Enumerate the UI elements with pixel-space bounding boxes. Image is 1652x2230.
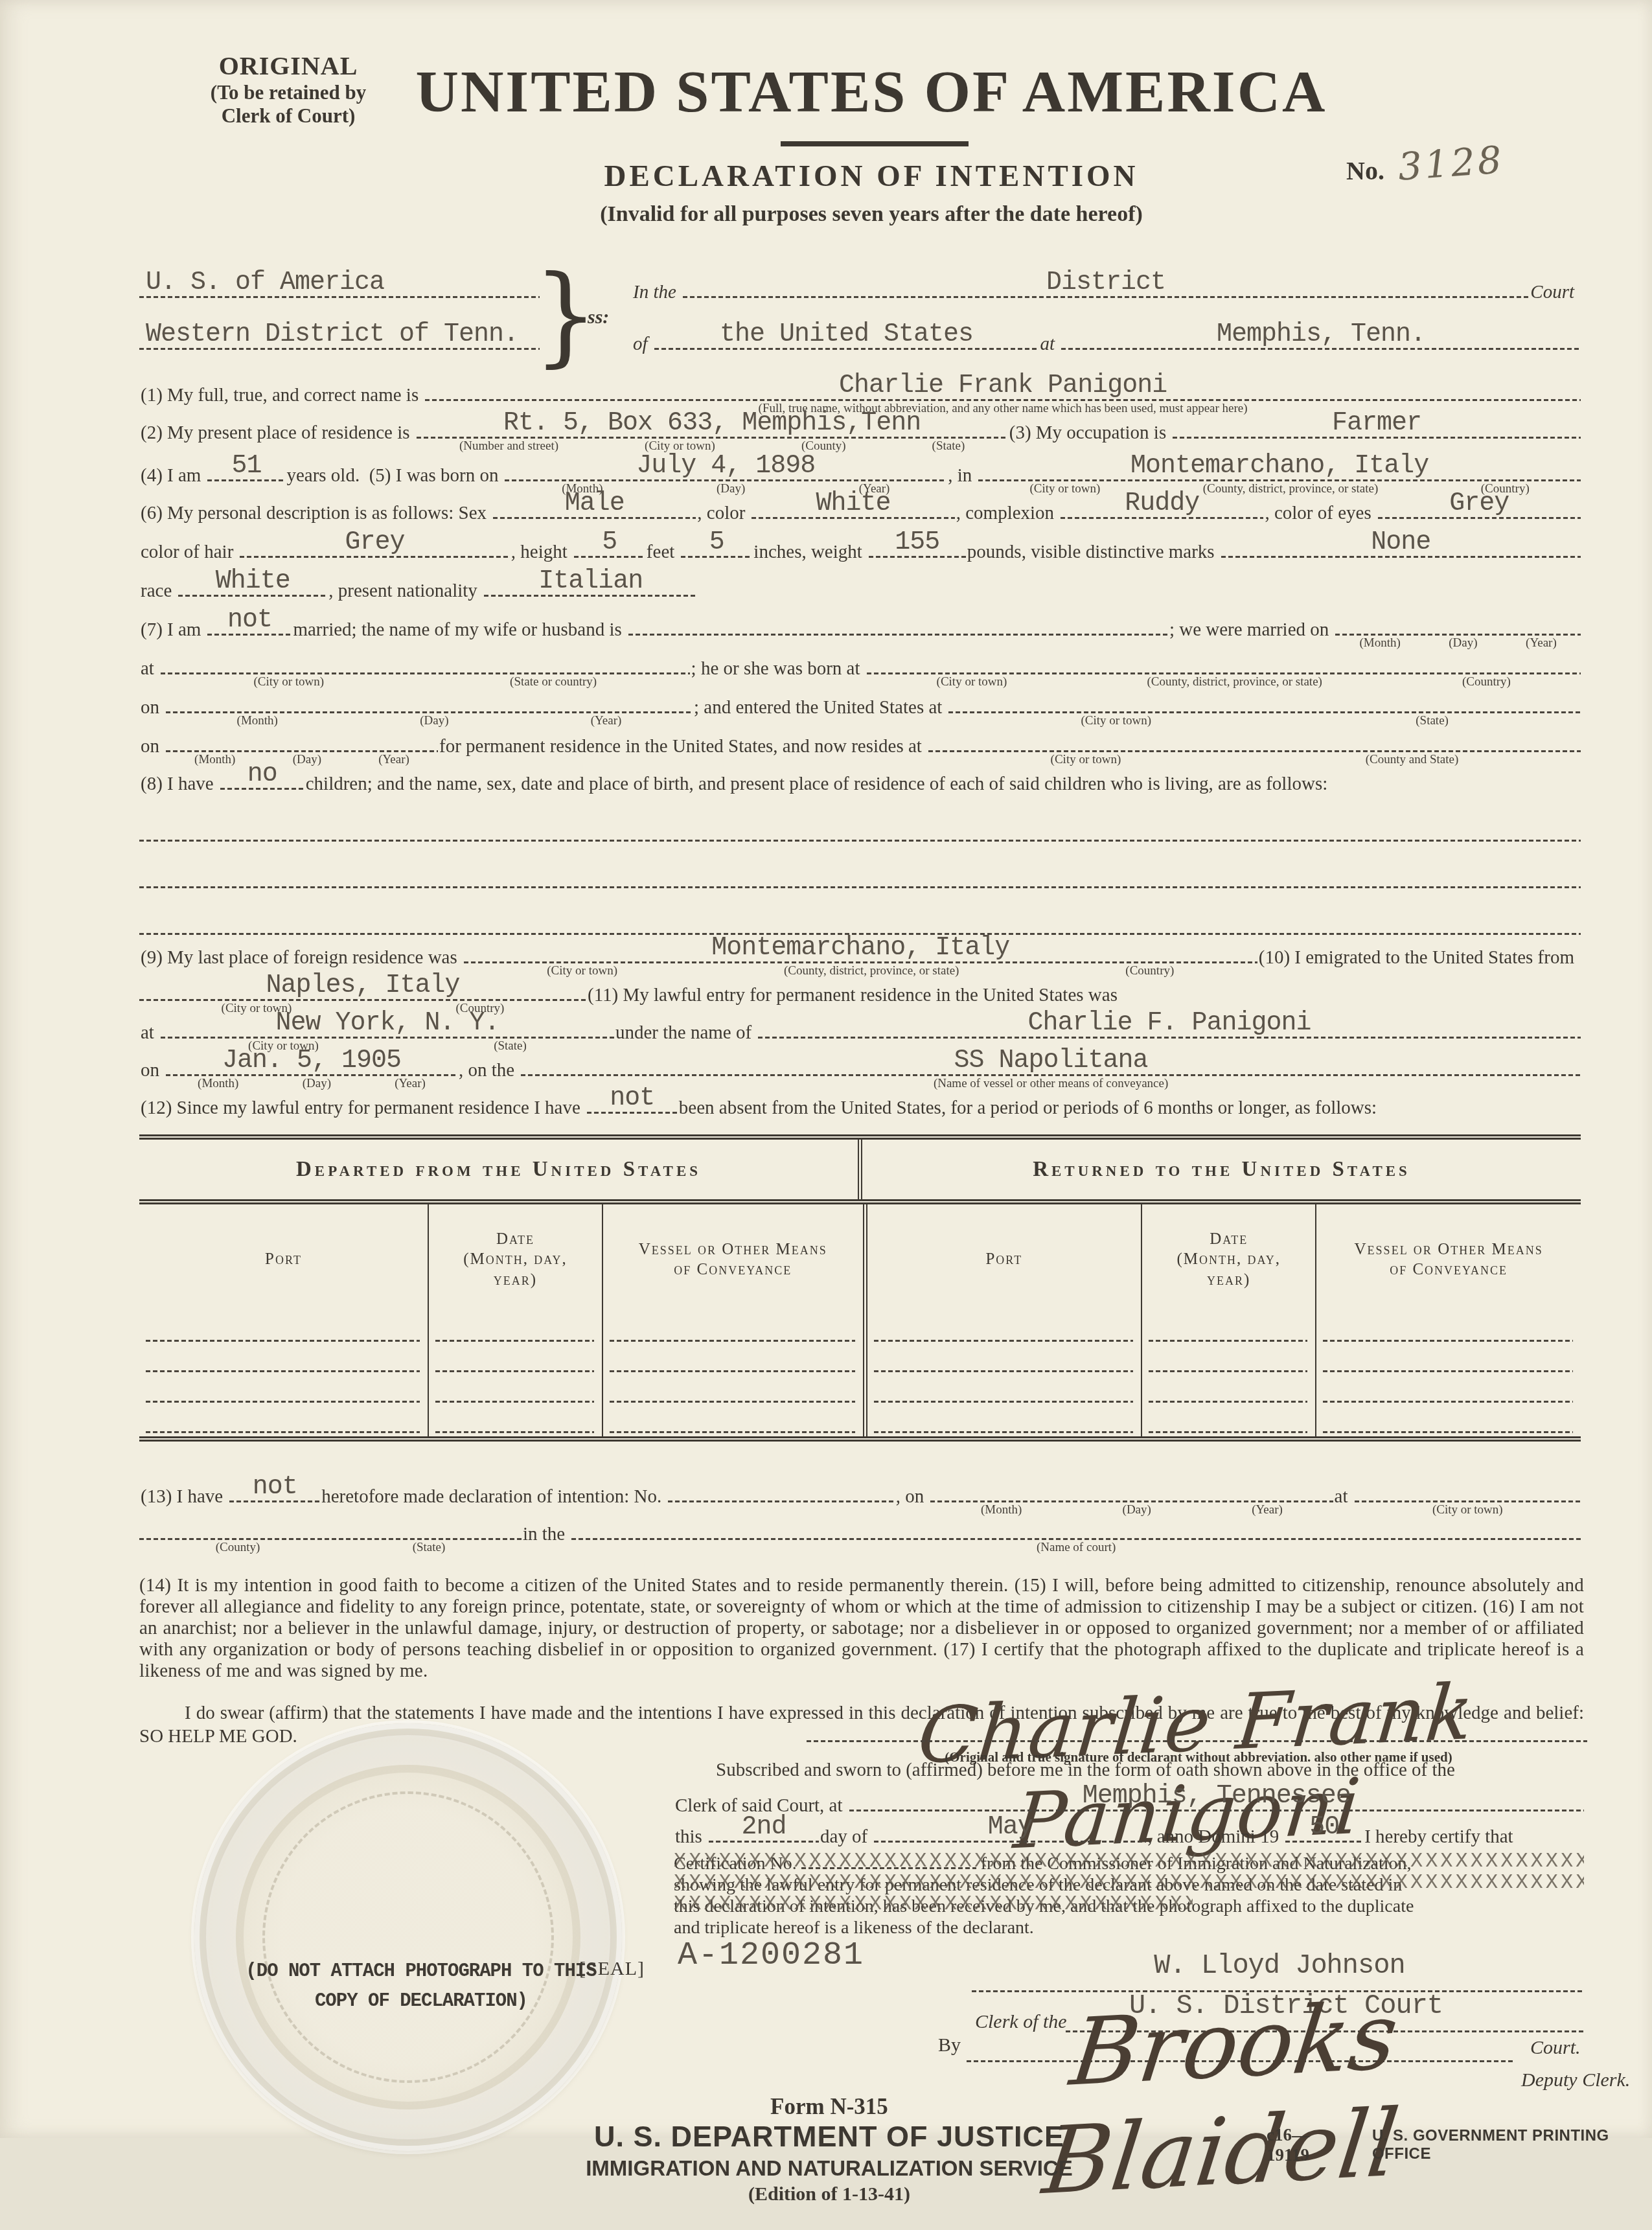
year-note: (Year): [1523, 637, 1559, 650]
typed-foreign-residence: Montemarchano, Italy: [464, 936, 1257, 961]
court-place-blank: Memphis, Tenn.: [1061, 328, 1581, 350]
certification-line4-text: and triplicate hereof is a likeness of t…: [674, 1918, 1034, 1938]
form-line-item11b: on Jan. 5, 1905 (Month) (Day) (Year) , o…: [139, 1054, 1581, 1081]
married-date-blank: (Month) (Day) (Year): [1335, 614, 1581, 636]
perm-residence-label: for permanent residence in the United St…: [438, 736, 928, 757]
col-port-returned: Port: [863, 1204, 1141, 1315]
item3-label: (3) My occupation is: [1008, 422, 1173, 444]
form-line-item8: (8) I have no children; and the name, se…: [139, 768, 1581, 795]
typed-inches: 5: [681, 530, 752, 556]
year-blank: 50: [1285, 1821, 1363, 1843]
state-country-note: (State or country): [507, 676, 599, 689]
certification-line4: and triplicate hereof is a likeness of t…: [674, 1917, 1584, 1938]
table-row: [139, 1315, 1581, 1345]
spouse-entry-blank: (City or town) (State): [948, 691, 1581, 713]
race-blank: White: [178, 575, 327, 597]
sworn-place-blank: Memphis, Tennessee: [849, 1789, 1584, 1811]
sex-blank: Male: [493, 497, 696, 519]
certification-line3: this declaration of intention, has been …: [674, 1896, 1584, 1917]
intention-paragraph: (14) It is my intention in good faith to…: [139, 1575, 1584, 1682]
deputy-clerk-label: Deputy Clerk.: [1521, 2069, 1630, 2091]
children-blank-line-2: [139, 866, 1581, 888]
hair-blank: Grey: [240, 536, 510, 558]
court-caption: U. S. of America Western District of Ten…: [139, 269, 1581, 360]
country-note: (Country): [1460, 676, 1513, 689]
form-line-item6a: (6) My personal description is as follow…: [139, 497, 1581, 524]
entry-place-blank: New York, N. Y. (City or town) (State): [161, 1017, 614, 1039]
table-column-headers: Port Date (Month, day, year) Vessel or O…: [139, 1204, 1581, 1315]
at-label: at: [139, 658, 161, 680]
title-rule: [781, 141, 969, 146]
at-label: at: [1039, 334, 1062, 355]
typed-nationality: Italian: [484, 569, 698, 595]
typed-complexion: Ruddy: [1061, 491, 1263, 517]
table-row: [139, 1375, 1581, 1406]
prior-declaration-blank: not: [229, 1480, 320, 1502]
item5-place-blank: Montemarchano, Italy (City or town) (Cou…: [978, 459, 1581, 481]
table-row: [139, 1406, 1581, 1436]
state-note: (State): [410, 1541, 448, 1554]
item12-post-label: been absent from the United States, for …: [678, 1098, 1383, 1119]
day-note: (Day): [714, 483, 748, 496]
typed-district: Western District of Tenn.: [139, 322, 540, 348]
day-note: (Day): [1446, 637, 1480, 650]
form-line-item6c: race White , present nationality Italian: [139, 575, 1581, 602]
spouse-birth-sublabels: (City or town) (County, district, provin…: [867, 676, 1581, 689]
prior-court-sublabel: (Name of court): [571, 1541, 1581, 1554]
absent-blank: not: [587, 1092, 678, 1114]
court-name-row: In the District Court: [632, 276, 1581, 303]
year-note: (Year): [588, 715, 625, 728]
typed-entry-place: New York, N. Y.: [161, 1011, 614, 1037]
weight-label: pounds, visible distinctive marks: [966, 542, 1221, 563]
height-label: , height: [510, 542, 574, 563]
form-line-item13a: (13) I have not heretofore made declarat…: [139, 1480, 1581, 1508]
typed-age: 51: [207, 454, 285, 479]
col-date-returned: Date (Month, day, year): [1141, 1204, 1315, 1315]
typed-prior-declaration: not: [229, 1475, 320, 1500]
prior-city-sublabel: (City or town): [1355, 1504, 1581, 1517]
feet-label: feet: [645, 542, 681, 563]
typed-eyes: Grey: [1378, 491, 1581, 517]
print-code: c16—19119: [1267, 2125, 1346, 2138]
spouse-entry-sublabels: (City or town) (State): [948, 715, 1581, 728]
blank-rule: [139, 866, 1581, 888]
feet-blank: 5: [574, 536, 645, 558]
married-on-label: ; we were married on: [1168, 619, 1335, 641]
typed-full-name: Charlie Frank Panigoni: [425, 373, 1581, 399]
form-line-item9: (9) My last place of foreign residence w…: [139, 941, 1581, 969]
inches-blank: 5: [681, 536, 752, 558]
strikeout-x-row: XXXXXXXXXXXXXXXXXXXXXXXXXXXXXXXXXXXXXXXX…: [674, 1850, 1584, 1872]
item2-sublabels: (Number and street) (City or town) (Coun…: [417, 440, 1008, 453]
form-number: Form N-315: [615, 2094, 1043, 2120]
departed-header: Departed from the United States: [139, 1140, 858, 1199]
vessel-note: (Name of vessel or other means of convey…: [931, 1077, 1171, 1090]
typed-emigrated-from: Naples, Italy: [139, 973, 586, 999]
date-header-3: year): [1207, 1270, 1250, 1290]
vessel-header-2: of Conveyance: [1390, 1259, 1508, 1280]
district-line: Western District of Tenn.: [139, 328, 540, 350]
col-port-departed: Port: [139, 1204, 428, 1315]
year-note: (Year): [1249, 1504, 1285, 1517]
form-line-item13b: (County) (State) in the (Name of court): [139, 1518, 1581, 1545]
photo-note-line1: (DO NOT ATTACH PHOTOGRAPH TO THIS: [214, 1957, 628, 1986]
typed-entry-date: Jan. 5, 1905: [166, 1048, 457, 1074]
printing-office-line: c16—19119 U. S. GOVERNMENT PRINTING OFFI…: [1267, 2125, 1652, 2138]
month-note: (Month): [1357, 637, 1403, 650]
declaration-of-intention-document: ORIGINAL (To be retained by Clerk of Cou…: [0, 0, 1652, 2138]
typed-race: White: [178, 569, 327, 595]
item5-label: (5) I was born on: [369, 465, 499, 486]
day-of-label: day of: [819, 1826, 874, 1848]
city-note: (City or town): [1430, 1504, 1506, 1517]
typed-feet: 5: [574, 530, 645, 556]
in-the-label: In the: [632, 282, 683, 303]
entry-date-blank: Jan. 5, 1905 (Month) (Day) (Year): [166, 1054, 457, 1076]
day-note: (Day): [300, 1077, 334, 1090]
vessel-header: Vessel or Other Means: [639, 1239, 827, 1259]
form-line-item2: (2) My present place of residence is Rt.…: [139, 417, 1581, 444]
blank-rule: [139, 913, 1581, 935]
item4-blank: 51: [207, 459, 285, 481]
attestation-line3: this 2nd day of May , anno Domini 19 50 …: [674, 1821, 1584, 1848]
item3-blank: Farmer: [1173, 417, 1581, 439]
under-name-label: under the name of: [614, 1022, 758, 1044]
seal-label: [SEAL]: [579, 1958, 645, 1980]
typed-vessel: SS Napolitana: [521, 1048, 1581, 1074]
entry-name-blank: Charlie F. Panigoni: [758, 1017, 1581, 1039]
embossed-court-seal: [194, 1723, 622, 2138]
form-line-item4-5: (4) I am 51 years old. (5) I was born on…: [139, 459, 1581, 487]
vessel-blank: SS Napolitana (Name of vessel or other m…: [521, 1054, 1581, 1076]
document-header: ORIGINAL (To be retained by Clerk of Cou…: [0, 0, 1652, 269]
item2-blank: Rt. 5, Box 633, Memphis,Tenn (Number and…: [417, 417, 1008, 439]
line-filler: [698, 575, 1581, 597]
item8-post-label: children; and the name, sex, date and pl…: [304, 774, 1335, 795]
married-place-sublabels: (City or town) (State or country): [161, 676, 690, 689]
blank-rule: [139, 820, 1581, 842]
this-label: this: [674, 1826, 709, 1848]
form-line-item7a: (7) I am not married; the name of my wif…: [139, 614, 1581, 641]
declaration-number: 3128: [1397, 137, 1506, 189]
form-line-item11a: at New York, N. Y. (City or town) (State…: [139, 1017, 1581, 1044]
item4-post-label: years old. (5) I was born on: [285, 465, 505, 487]
typed-year: 50: [1285, 1815, 1363, 1841]
city-note: (City or town): [934, 676, 1010, 689]
married-date-sublabels: (Month) (Day) (Year): [1335, 637, 1581, 650]
month-note: (Month): [978, 1504, 1024, 1517]
court-name-blank: District: [683, 276, 1529, 298]
item13-label: (13) I have: [139, 1486, 229, 1508]
form-line-item12: (12) Since my lawful entry for permanent…: [139, 1092, 1581, 1119]
typed-absent: not: [587, 1086, 678, 1112]
eyes-label: , color of eyes: [1263, 503, 1377, 524]
port-header: Port: [985, 1249, 1022, 1269]
item8-label: (8) I have: [139, 774, 220, 795]
certify-label: I hereby certify that: [1363, 1826, 1519, 1848]
on-label: on: [139, 1060, 166, 1081]
typed-month: May: [874, 1815, 1146, 1841]
vessel-header-2: of Conveyance: [674, 1259, 792, 1280]
complexion-blank: Ruddy: [1061, 497, 1263, 519]
spouse-birthdate-blank: (Month) (Day) (Year): [166, 691, 693, 713]
strikeout-x-row: XXXXXXXXXXXXXXXXXXXXXXXXXXXXXXXXXXXXXXXX…: [674, 1893, 1193, 1914]
prior-court-blank: (Name of court): [571, 1518, 1581, 1540]
item1-blank: Charlie Frank Panigoni (Full, true name,…: [425, 379, 1581, 401]
item7-label: (7) I am: [139, 619, 207, 641]
country-title: UNITED STATES OF AMERICA: [45, 57, 1652, 126]
spouse-birth-blank: (City or town) (County, district, provin…: [867, 652, 1581, 674]
eyes-blank: Grey: [1378, 497, 1581, 519]
photo-note: (DO NOT ATTACH PHOTOGRAPH TO THIS COPY O…: [214, 1957, 628, 2017]
nationality-blank: Italian: [484, 575, 698, 597]
spouse-resides-blank: (City or town) (County and State): [928, 730, 1581, 752]
item12-label: (12) Since my lawful entry for permanent…: [139, 1098, 587, 1119]
city-note: (City or town): [642, 440, 718, 453]
number-label: No.: [1346, 155, 1384, 186]
ss-label: ss:: [588, 306, 609, 328]
entered-label: ; and entered the United States at: [693, 697, 948, 718]
race-label: race: [139, 580, 178, 602]
at-label: at: [1333, 1486, 1355, 1508]
on-label: on: [139, 697, 166, 718]
county-note: (County): [799, 440, 849, 453]
typed-day: 2nd: [709, 1815, 819, 1841]
item10-label: (10) I emigrated to the United States fr…: [1257, 947, 1581, 969]
form-line-item7b: at (City or town) (State or country) ; h…: [139, 652, 1581, 680]
of-label: of: [632, 334, 654, 355]
on-the-label: , on the: [457, 1060, 521, 1081]
table-group-header: Departed from the United States Returned…: [139, 1140, 1581, 1204]
gpo-label: U. S. GOVERNMENT PRINTING OFFICE: [1372, 2127, 1652, 2138]
born-at-label: ; he or she was born at: [690, 658, 867, 680]
name-of-court-note: (Name of court): [1034, 1541, 1118, 1554]
typed-birth-place: Montemarchano, Italy: [978, 454, 1581, 479]
city-note: (City or town): [251, 676, 327, 689]
plaintiff-line: U. S. of America: [139, 276, 540, 298]
spouse-resides-sublabels: (City or town) (County and State): [928, 753, 1581, 766]
month-note: (Month): [235, 715, 281, 728]
county-district-note: (County, district, province, or state): [1144, 676, 1325, 689]
state-note: (State): [930, 440, 968, 453]
county-note: (County): [213, 1541, 263, 1554]
typed-children: no: [220, 762, 304, 788]
inches-label: inches, weight: [752, 542, 869, 563]
form-line-item7d: on (Month) (Day) (Year) for permanent re…: [139, 730, 1581, 757]
city-note: (City or town): [1048, 753, 1124, 766]
item6-label: (6) My personal description is as follow…: [139, 503, 493, 524]
country-note: (Country): [1123, 965, 1176, 978]
spouse-birthdate-sublabels: (Month) (Day) (Year): [166, 715, 693, 728]
children-blank: no: [220, 768, 304, 790]
typed-residence: Rt. 5, Box 633, Memphis,Tenn: [417, 411, 1008, 437]
vessel-header: Vessel or Other Means: [1355, 1239, 1543, 1259]
form-line-item6b: color of hair Grey , height 5 feet 5 inc…: [139, 536, 1581, 563]
col-vessel-returned: Vessel or Other Means of Conveyance: [1315, 1204, 1581, 1315]
on-label: , on: [895, 1486, 931, 1508]
validity-note: (Invalid for all purposes seven years af…: [45, 202, 1652, 227]
typed-sex: Male: [493, 491, 696, 517]
county-state-note: (County and State): [1363, 753, 1462, 766]
state-note: (State): [1413, 715, 1451, 728]
prior-county-sublabels: (County) (State): [139, 1541, 522, 1554]
color-label: , color: [696, 503, 751, 524]
typed-clerk-name: W. Lloyd Johnson: [972, 1950, 1587, 1981]
children-blank-line-3: [139, 913, 1581, 935]
in-the-label: in the: [522, 1524, 571, 1545]
item13-post-label: heretofore made declaration of intention…: [320, 1486, 668, 1508]
entry-date-sublabels: (Month) (Day) (Year): [166, 1077, 457, 1090]
court-place-row: of the United States at Memphis, Tenn.: [632, 328, 1581, 355]
typed-color: White: [751, 491, 954, 517]
item2-label: (2) My present place of residence is: [139, 422, 417, 444]
prior-date-blank: (Month) (Day) (Year): [930, 1480, 1333, 1502]
attestation-line1: Subscribed and sworn to (affirmed) befor…: [716, 1760, 1455, 1781]
day-note: (Day): [417, 715, 451, 728]
signature-rule: [807, 1740, 1587, 1742]
photo-note-line2: COPY OF DECLARATION): [214, 1986, 628, 2016]
foreign-residence-blank: Montemarchano, Italy (City or town) (Cou…: [464, 941, 1257, 963]
day-blank: 2nd: [709, 1821, 819, 1843]
month-note: (Month): [195, 1077, 241, 1090]
form-line-item10: Naples, Italy (City or town) (Country) (…: [139, 979, 1581, 1006]
marks-blank: None: [1221, 536, 1581, 558]
typed-hair: Grey: [240, 530, 510, 556]
prior-date-sublabels: (Month) (Day) (Year): [930, 1504, 1333, 1517]
day-note: (Day): [1120, 1504, 1154, 1517]
anno-domini-label: , anno Domini 19: [1146, 1826, 1285, 1848]
date-header-3: year): [494, 1270, 537, 1290]
county-district-note: (County, district, province, or state): [781, 965, 962, 978]
alien-number: A-1200281: [678, 1937, 864, 1974]
at-label: at: [139, 1022, 161, 1044]
col-date-departed: Date (Month, day, year): [428, 1204, 602, 1315]
attestation-line2: Clerk of said Court, at Memphis, Tenness…: [674, 1789, 1584, 1817]
number-street-note: (Number and street): [457, 440, 561, 453]
signature-and-certification-section: I do swear (affirm) that the statements …: [0, 1699, 1652, 2138]
spouse-name-blank: [628, 614, 1168, 636]
port-header: Port: [265, 1249, 302, 1269]
prior-number-blank: [668, 1480, 895, 1502]
date-header-2: (Month, day,: [1176, 1249, 1281, 1269]
item4-label: (4) I am: [139, 465, 207, 487]
typed-occupation: Farmer: [1173, 411, 1581, 437]
month-blank: May: [874, 1821, 1146, 1843]
typed-married: not: [207, 608, 292, 634]
married-place-blank: (City or town) (State or country): [161, 652, 690, 674]
court-word-label: Court: [1529, 282, 1581, 303]
absence-table: Departed from the United States Returned…: [139, 1134, 1581, 1442]
city-note: (City or town): [1078, 715, 1154, 728]
strikeout-x-row: XXXXXXXXXXXXXXXXXXXXXXXXXXXXXXXXXXXXXXXX…: [674, 1872, 1584, 1893]
in-label: , in: [946, 465, 978, 487]
col-vessel-departed: Vessel or Other Means of Conveyance: [602, 1204, 863, 1315]
hair-label: color of hair: [139, 542, 240, 563]
item1-label: (1) My full, true, and correct name is: [139, 385, 425, 406]
spouse-perm-date-blank: (Month) (Day) (Year): [166, 730, 438, 752]
complexion-label: , complexion: [955, 503, 1061, 524]
typed-of-value: the United States: [654, 322, 1039, 348]
table-row: [139, 1345, 1581, 1375]
typed-plaintiff: U. S. of America: [139, 270, 540, 296]
typed-marks: None: [1221, 530, 1581, 556]
certification-block: Certification No. from the Commissioner …: [674, 1853, 1584, 1938]
typed-court-name: District: [683, 270, 1529, 296]
returned-header: Returned to the United States: [858, 1140, 1581, 1199]
item7-post-label: married; the name of my wife or husband …: [292, 619, 628, 641]
form-line-item1: (1) My full, true, and correct name is C…: [139, 379, 1581, 406]
prior-county-blank: (County) (State): [139, 1518, 522, 1540]
item5-date-blank: July 4, 1898 (Month) (Day) (Year): [505, 459, 946, 481]
children-blank-line-1: [139, 820, 1581, 842]
date-header-2: (Month, day,: [463, 1249, 568, 1269]
item11-label: (11) My lawful entry for permanent resid…: [586, 985, 1124, 1006]
year-note: (Year): [392, 1077, 428, 1090]
court-of-blank: the United States: [654, 328, 1039, 350]
typed-birth-date: July 4, 1898: [505, 454, 946, 479]
weight-blank: 155: [869, 536, 966, 558]
typed-court-place: Memphis, Tenn.: [1061, 322, 1581, 348]
typed-weight: 155: [869, 530, 966, 556]
department-name: U. S. DEPARTMENT OF JUSTICE: [570, 2120, 1088, 2138]
typed-sworn-place: Memphis, Tennessee: [849, 1784, 1584, 1810]
years-old-label: years old.: [286, 465, 360, 486]
date-header: Date: [496, 1229, 534, 1249]
nationality-label: , present nationality: [327, 580, 484, 602]
typed-entry-name: Charlie F. Panigoni: [758, 1011, 1581, 1037]
date-header: Date: [1210, 1229, 1248, 1249]
on-label: on: [139, 736, 166, 757]
item9-label: (9) My last place of foreign residence w…: [139, 947, 464, 969]
emigrated-from-blank: Naples, Italy (City or town) (Country): [139, 979, 586, 1001]
color-blank: White: [751, 497, 954, 519]
form-line-item7c: on (Month) (Day) (Year) ; and entered th…: [139, 691, 1581, 718]
year-note: (Year): [376, 753, 412, 766]
vessel-sublabel: (Name of vessel or other means of convey…: [521, 1077, 1581, 1090]
prior-city-blank: (City or town): [1355, 1480, 1581, 1502]
married-blank: not: [207, 614, 292, 636]
